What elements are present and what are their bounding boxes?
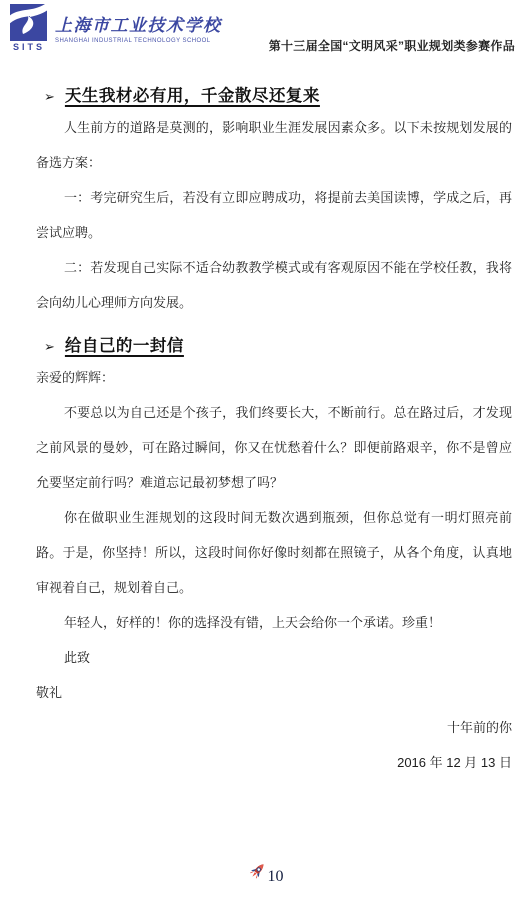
school-logo-icon — [10, 4, 47, 41]
paragraph: 二：若发现自己实际不适合幼教教学模式或有客观原因不能在学校任教，我将会向幼儿心理… — [36, 250, 512, 320]
paragraph: 一：考完研究生后，若没有立即应聘成功，将提前去美国读博，学成之后，再尝试应聘。 — [36, 180, 512, 250]
school-logo-abbr: SITS — [10, 42, 48, 52]
paragraph: 你在做职业生涯规划的这段时间无数次遇到瓶颈，但你总觉有一明灯照亮前路。于是，你坚… — [36, 500, 512, 605]
school-name-english: SHANGHAI INDUSTRIAL TECHNOLOGY SCHOOL — [55, 38, 222, 44]
arrow-bullet-icon: ➢ — [44, 89, 55, 105]
page-header: SITS 上海市工业技术学校 SHANGHAI INDUSTRIAL TECHN… — [0, 0, 528, 64]
letter-salutation: 亲爱的辉辉： — [36, 360, 512, 395]
letter-signature: 十年前的你 — [36, 710, 512, 745]
paragraph: 不要总以为自己还是个孩子，我们终要长大，不断前行。总在路过后，才发现之前风景的曼… — [36, 395, 512, 500]
letter-date: 2016 年 12 月 13 日 — [36, 745, 512, 780]
paragraph: 人生前方的道路是莫测的，影响职业生涯发展因素众多。以下未按规划发展的备选方案： — [36, 110, 512, 180]
page-number: 10 — [267, 868, 283, 886]
arrow-bullet-icon: ➢ — [44, 339, 55, 355]
school-logo-mark-block: SITS — [8, 4, 48, 52]
section-heading-plan-b: ➢ 天生我材必有用，千金散尽还复来 — [44, 82, 512, 106]
section-letter: ➢ 给自己的一封信 亲爱的辉辉： 不要总以为自己还是个孩子，我们终要长大，不断前… — [36, 332, 512, 780]
letter-cizhi: 此致 — [36, 640, 512, 675]
section-heading-letter: ➢ 给自己的一封信 — [44, 332, 512, 356]
rocket-icon — [247, 861, 267, 881]
school-name-block: 上海市工业技术学校 SHANGHAI INDUSTRIAL TECHNOLOGY… — [55, 4, 222, 52]
competition-title: 第十三届全国“文明风采”职业规划类参赛作品 — [269, 37, 515, 54]
section-plan-b: ➢ 天生我材必有用，千金散尽还复来 人生前方的道路是莫测的，影响职业生涯发展因素… — [36, 82, 512, 320]
letter-body: 亲爱的辉辉： 不要总以为自己还是个孩子，我们终要长大，不断前行。总在路过后，才发… — [36, 360, 512, 780]
section-title: 给自己的一封信 — [65, 332, 184, 356]
section-title: 天生我材必有用，千金散尽还复来 — [65, 82, 320, 106]
page-footer: 10 — [247, 866, 283, 886]
document-content: ➢ 天生我材必有用，千金散尽还复来 人生前方的道路是莫测的，影响职业生涯发展因素… — [0, 64, 528, 780]
letter-closing: 敬礼 — [36, 675, 512, 710]
school-name-chinese: 上海市工业技术学校 — [55, 11, 222, 36]
paragraph: 年轻人，好样的！你的选择没有错，上天会给你一个承诺。珍重！ — [36, 605, 512, 640]
document-page: SITS 上海市工业技术学校 SHANGHAI INDUSTRIAL TECHN… — [0, 0, 528, 900]
section-body: 人生前方的道路是莫测的，影响职业生涯发展因素众多。以下未按规划发展的备选方案： … — [36, 110, 512, 320]
school-logo: SITS 上海市工业技术学校 SHANGHAI INDUSTRIAL TECHN… — [8, 4, 222, 52]
